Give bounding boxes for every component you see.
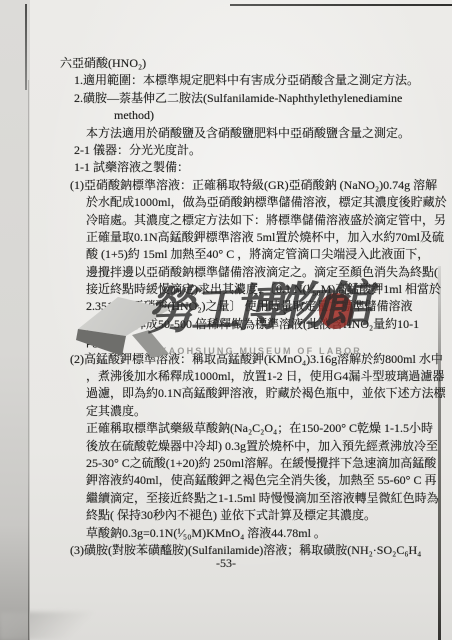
- document-line: 2-1 儀器：分光光度計。: [0, 142, 452, 159]
- watermark-calligraphy: 勞工博物館: [145, 279, 367, 337]
- document-line: 酸 (1+5)約 15ml 加熱至40° C ，將滴定管滴口尖端浸入此液面下，: [0, 246, 452, 263]
- document-line: 後放在硫酸乾燥器中冷却) 0.3g置於燒杯中，加入預先經煮沸放冷至: [0, 438, 452, 455]
- document-line: 2.磺胺—萘基伸乙二胺法(Sulfanilamide-Naphthylethyl…: [0, 90, 452, 107]
- document-line: (1)亞硝酸鈉標準溶液：正確稱取特級(GR)亞硝酸鈉 (NaNO₂)0.74g …: [0, 177, 452, 194]
- document-line: 正確稱取標準試藥級草酸鈉(Na₂C₂O₄；在150-200° C乾燥 1-1.5…: [0, 420, 452, 437]
- document-line: 繼續滴定，至接近終點之1-1.5ml 時慢慢滴加至溶液轉呈微紅色時為: [0, 490, 452, 507]
- document-line: 25-30° C之硫酸(1+20)約 250ml溶解。在緩慢攪拌下急速滴加高錳酸: [0, 455, 452, 472]
- scan-corner-shadow: [0, 612, 100, 640]
- document-line: 1.適用範圍：本標準規定肥料中有害成分亞硝酸含量之測定方法。: [0, 72, 452, 89]
- document-line: 過濾，即為約0.1N高錳酸鉀溶液，貯藏於褐色瓶中，並依下述方法標: [0, 385, 452, 402]
- document-line: 本方法適用於硝酸鹽及含硝酸鹽肥料中亞硝酸鹽含量之測定。: [0, 125, 452, 142]
- watermark-subtitle: KAOHSIUNG MUSEUM OF LABOR: [160, 346, 362, 356]
- document-line: 正確量取0.1N高錳酸鉀標準溶液 5ml置於燒杯中，加入水約70ml及硫: [0, 229, 452, 246]
- document-line: 定其濃度。: [0, 403, 452, 420]
- document-line: 鉀溶液約40ml，使高錳酸鉀之褐色完全消失後，加熱至 55-60° C 再: [0, 472, 452, 489]
- document-line: ，煮沸後加水稀釋成1000ml，放置1-2 日，使用G4漏斗型玻璃過濾器: [0, 368, 452, 385]
- document-line: 1-1 試藥溶液之製備：: [0, 159, 452, 176]
- page-number: -53-: [0, 556, 452, 571]
- document-line: 六亞硝酸(HNO₂): [0, 55, 452, 72]
- scan-top-edge-line: [230, 4, 452, 6]
- scanned-document-page: { "document": { "lines": [ {"t": "六亞硝酸(H…: [0, 0, 452, 640]
- document-line: method): [0, 107, 452, 124]
- document-line: 冷暗處。其濃度之標定方法如下：將標準儲備溶液盛於滴定管中，另: [0, 212, 452, 229]
- document-line: 終點( 保持30秒內不褪色) 並依下式計算及標定其濃度。: [0, 507, 452, 524]
- document-line: 草酸鈉0.3g=0.1N(¹⁄₅₀M)KMnO₄ 溶液44.78ml 。: [0, 525, 452, 542]
- document-line: 於水配成1000ml，做為亞硝酸鈉標準儲備溶液，標定其濃度後貯藏於: [0, 194, 452, 211]
